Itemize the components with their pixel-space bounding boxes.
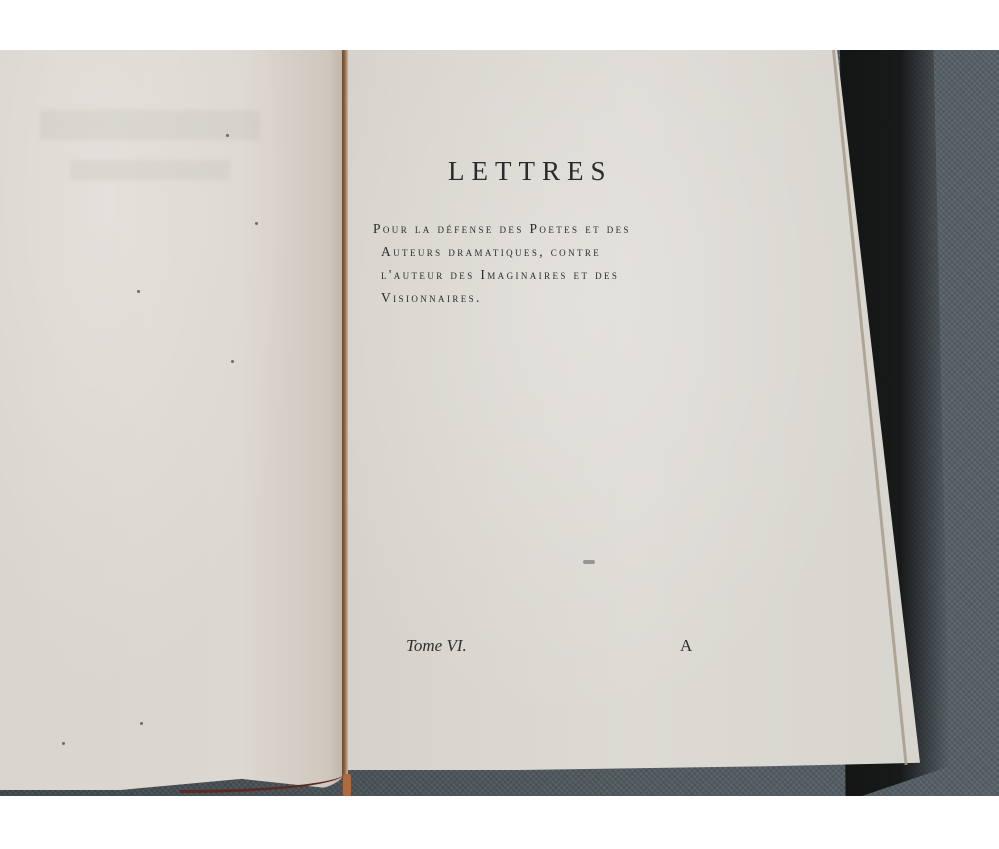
foxing-speck [226, 134, 229, 137]
left-page [0, 50, 345, 790]
signature-mark: A [680, 636, 692, 656]
book-photo: LETTRES Pour la défense des Poetes et de… [0, 50, 999, 796]
foxing-speck [255, 222, 258, 225]
foxing-speck [140, 722, 143, 725]
title-page-text: LETTRES Pour la défense des Poetes et de… [348, 50, 848, 770]
ink-smudge [583, 560, 595, 564]
subtitle-line: Visionnaires. [373, 286, 753, 309]
foxing-speck [137, 290, 140, 293]
show-through-text [70, 160, 230, 180]
subtitle-line: Auteurs dramatiques, contre [373, 240, 753, 263]
subtitle-line: l'auteur des Imaginaires et des [373, 263, 753, 286]
page-subtitle: Pour la défense des Poetes et des Auteur… [373, 217, 753, 309]
subtitle-line: Pour la défense des Poetes et des [373, 217, 753, 240]
volume-label: Tome VI. [406, 636, 467, 656]
foxing-speck [62, 742, 65, 745]
foxing-speck [231, 360, 234, 363]
book-headband [343, 774, 351, 796]
page-title: LETTRES [448, 156, 613, 187]
